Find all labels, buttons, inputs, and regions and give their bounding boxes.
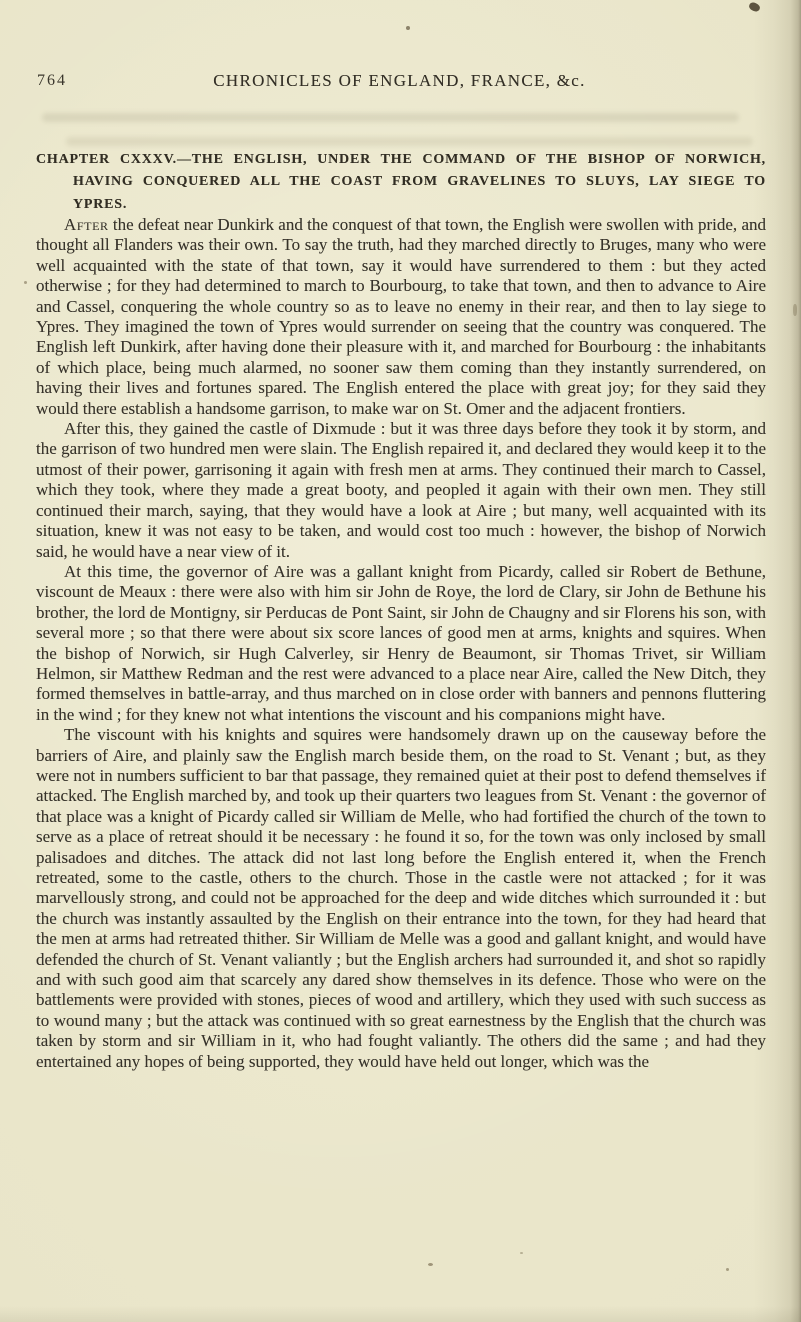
paper-speck — [520, 1252, 523, 1254]
paragraph-4: The viscount with his knights and squire… — [36, 725, 766, 1072]
paragraph-1-text: the defeat near Dunkirk and the conquest… — [36, 215, 766, 418]
show-through-line — [42, 113, 739, 122]
paper-speck — [748, 1, 761, 13]
page-number: 764 — [37, 72, 67, 90]
book-page: 764 CHRONICLES OF ENGLAND, FRANCE, &c. C… — [0, 0, 801, 1322]
paragraph-3: At this time, the governor of Aire was a… — [36, 562, 766, 725]
paper-speck — [726, 1268, 729, 1271]
running-title: CHRONICLES OF ENGLAND, FRANCE, &c. — [36, 71, 763, 91]
running-head: 764 CHRONICLES OF ENGLAND, FRANCE, &c. — [36, 71, 763, 93]
paragraph-1: After the defeat near Dunkirk and the co… — [36, 215, 766, 419]
lead-word: After — [64, 215, 109, 234]
show-through-line — [66, 137, 753, 146]
chapter-body: After the defeat near Dunkirk and the co… — [36, 215, 766, 1072]
chapter-heading-line-2: HAVING CONQUERED ALL THE COAST FROM GRAV… — [36, 171, 766, 193]
paper-speck — [24, 281, 27, 284]
paper-speck — [793, 304, 797, 316]
chapter-heading-line-1: CHAPTER CXXXV.—THE ENGLISH, UNDER THE CO… — [36, 149, 766, 171]
paragraph-2: After this, they gained the castle of Di… — [36, 419, 766, 562]
chapter-heading: CHAPTER CXXXV.—THE ENGLISH, UNDER THE CO… — [36, 149, 766, 216]
paper-speck — [428, 1263, 433, 1266]
chapter-heading-line-3: YPRES. — [36, 194, 766, 216]
paper-speck — [406, 26, 410, 30]
page-bottom-shadow — [0, 1306, 801, 1322]
